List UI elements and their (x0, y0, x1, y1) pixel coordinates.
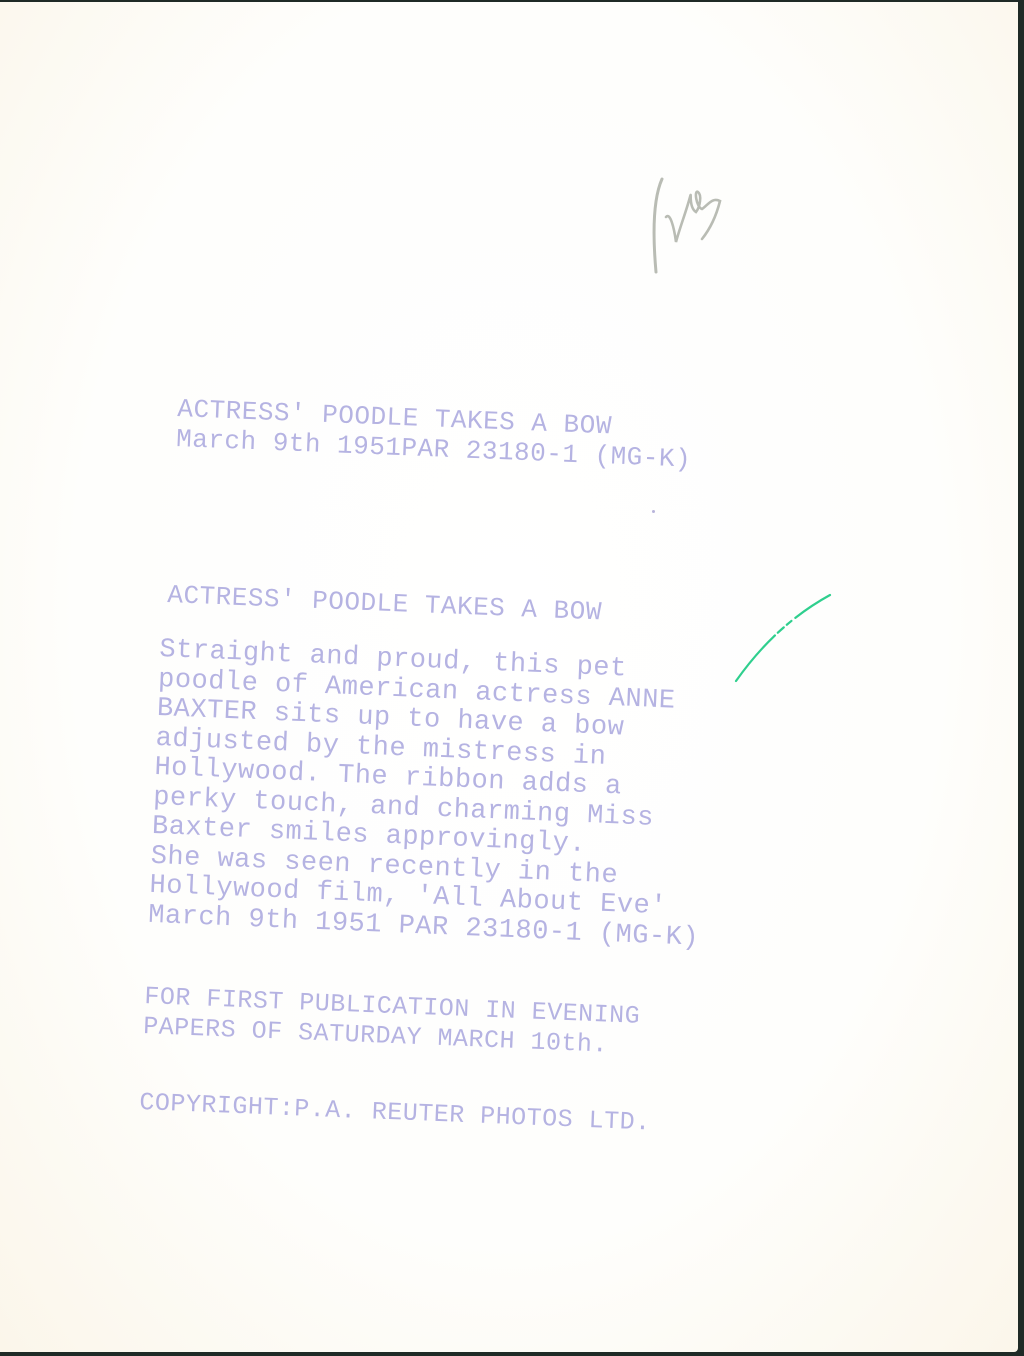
copyright-line: COPYRIGHT:P.A. REUTER PHOTOS LTD. (139, 1088, 651, 1139)
caption-body: Straight and proud, this pet poodle of A… (148, 636, 711, 954)
ink-dot (652, 510, 655, 513)
header-block: ACTRESS' POODLE TAKES A BOW March 9th 19… (176, 394, 693, 475)
handwritten-pencil-note (640, 167, 740, 287)
caption-headline: ACTRESS' POODLE TAKES A BOW (167, 580, 603, 627)
photo-back-paper: ACTRESS' POODLE TAKES A BOW March 9th 19… (0, 2, 1018, 1352)
green-pen-mark (730, 587, 840, 687)
publication-note: FOR FIRST PUBLICATION IN EVENING PAPERS … (143, 982, 641, 1062)
